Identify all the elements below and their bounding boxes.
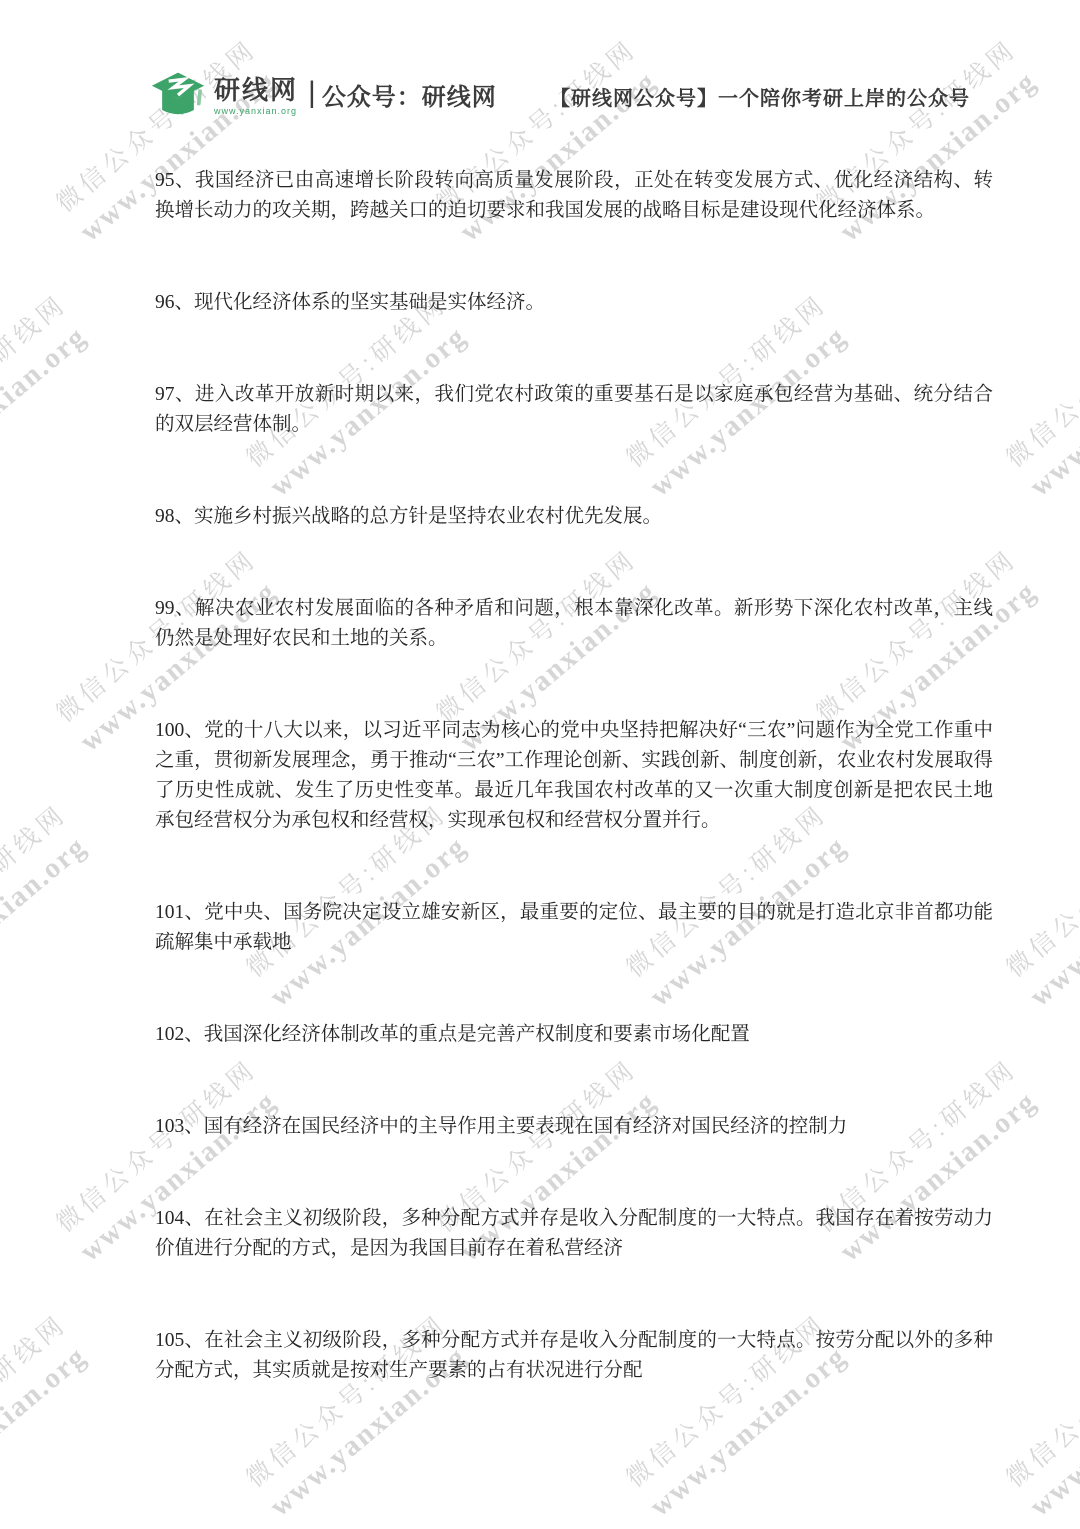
graduation-cap-logo-icon [150,70,206,122]
brand-text: 研线网 www.yanxian.org [214,77,298,116]
paragraph-100: 100、党的十八大以来，以习近平同志为核心的党中央坚持把解决好“三农”问题作为全… [155,716,993,836]
paragraph-95: 95、我国经济已由高速增长阶段转向高质量发展阶段，正处在转变发展方式、优化经济结… [155,166,993,226]
watermark-line-cn: 微信公众号:研线网 [0,288,75,476]
watermark-line-en: www.yanxian.org [0,824,100,1016]
document-body: 95、我国经济已由高速增长阶段转向高质量发展阶段，正处在转变发展方式、优化经济结… [155,166,993,1386]
watermark-tile: 微信公众号:研线网www.yanxian.org [1000,798,1080,1016]
paragraph-97: 97、进入改革开放新时期以来，我们党农村政策的重要基石是以家庭承包经营为基础、统… [155,380,993,440]
header-slogan: 【研线网公众号】一个陪你考研上岸的公众号 [550,82,970,111]
watermark-line-en: www.yanxian.org [0,314,100,506]
watermark-line-en: www.yanxian.org [1022,314,1080,506]
paragraph-99: 99、解决农业农村发展面临的各种矛盾和问题，根本靠深化改革。新形势下深化农村改革… [155,594,993,654]
watermark-line-en: www.yanxian.org [0,1334,100,1526]
brand: 研线网 www.yanxian.org | 公众号：研线网 [150,70,497,122]
paragraph-96: 96、现代化经济体系的坚实基础是实体经济。 [155,288,993,318]
paragraph-104: 104、在社会主义初级阶段，多种分配方式并存是收入分配制度的一大特点。我国存在着… [155,1204,993,1264]
brand-account-label: 公众号：研线网 [322,77,497,112]
watermark-tile: 微信公众号:研线网www.yanxian.org [0,288,100,506]
watermark-line-cn: 微信公众号:研线网 [1000,1308,1080,1496]
paragraph-105: 105、在社会主义初级阶段，多种分配方式并存是收入分配制度的一大特点。按劳分配以… [155,1326,993,1386]
page-header: 研线网 www.yanxian.org | 公众号：研线网 【研线网公众号】一个… [150,68,970,124]
watermark-line-en: www.yanxian.org [1022,824,1080,1016]
watermark-line-cn: 微信公众号:研线网 [0,1308,75,1496]
watermark-line-cn: 微信公众号:研线网 [0,798,75,986]
brand-url: www.yanxian.org [214,106,297,116]
brand-separator: | [308,76,316,110]
paragraph-98: 98、实施乡村振兴战略的总方针是坚持农业农村优先发展。 [155,502,993,532]
brand-name: 研线网 [214,77,298,103]
watermark-line-en: www.yanxian.org [1022,1334,1080,1526]
paragraph-103: 103、国有经济在国民经济中的主导作用主要表现在国有经济对国民经济的控制力 [155,1112,993,1142]
watermark-tile: 微信公众号:研线网www.yanxian.org [0,798,100,1016]
logo-tassel [197,89,202,105]
watermark-tile: 微信公众号:研线网www.yanxian.org [1000,1308,1080,1526]
paragraph-101: 101、党中央、国务院决定设立雄安新区，最重要的定位、最主要的目的就是打造北京非… [155,898,993,958]
paragraph-102: 102、我国深化经济体制改革的重点是完善产权制度和要素市场化配置 [155,1020,993,1050]
watermark-tile: 微信公众号:研线网www.yanxian.org [0,1308,100,1526]
watermark-tile: 微信公众号:研线网www.yanxian.org [1000,288,1080,506]
watermark-line-cn: 微信公众号:研线网 [1000,798,1080,986]
watermark-line-cn: 微信公众号:研线网 [1000,288,1080,476]
